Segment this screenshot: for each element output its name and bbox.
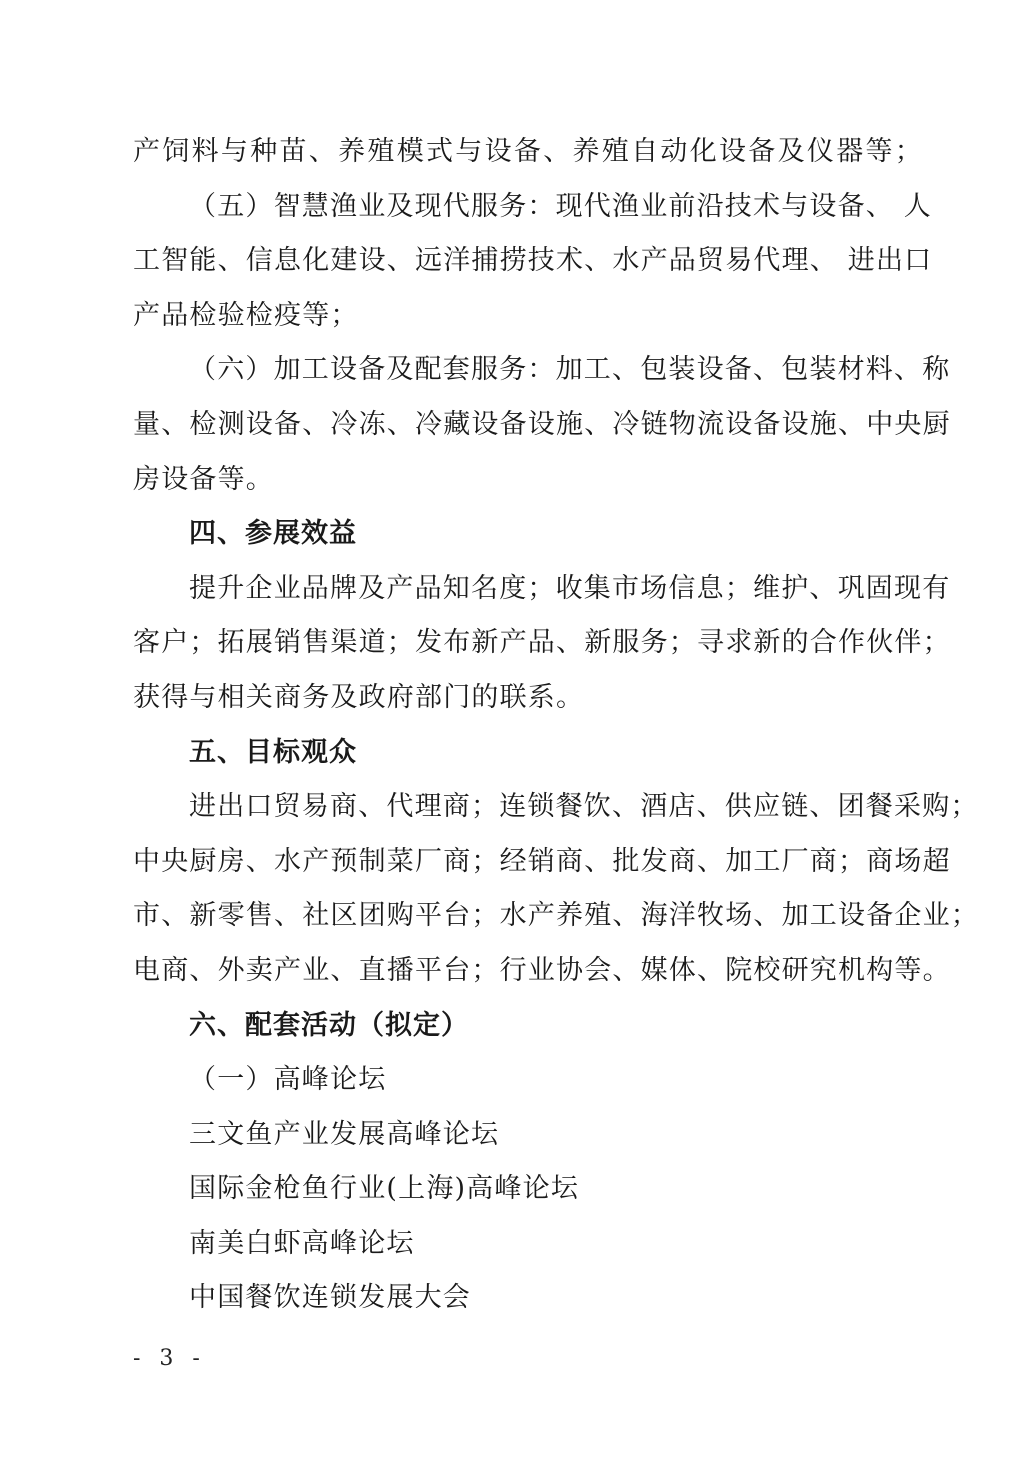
body-line: 量、检测设备、冷冻、冷藏设备设施、冷链物流设备设施、中央厨 bbox=[133, 398, 923, 453]
body-line: 市、新零售、社区团购平台；水产养殖、海洋牧场、加工设备企业； bbox=[133, 889, 923, 944]
body-line: 获得与相关商务及政府部门的联系。 bbox=[133, 671, 923, 726]
forum-item: 南美白虾高峰论坛 bbox=[133, 1217, 923, 1272]
forum-item: 三文鱼产业发展高峰论坛 bbox=[133, 1108, 923, 1163]
body-line: 产品检验检疫等； bbox=[133, 289, 923, 344]
section-heading-audience: 五、目标观众 bbox=[133, 726, 923, 781]
body-line: 中央厨房、水产预制菜厂商；经销商、批发商、加工厂商；商场超 bbox=[133, 835, 923, 890]
page-number: - 3 - bbox=[133, 1346, 206, 1371]
body-line: 进出口贸易商、代理商；连锁餐饮、酒店、供应链、团餐采购； bbox=[133, 780, 923, 835]
forum-item: 中国餐饮连锁发展大会 bbox=[133, 1271, 923, 1326]
body-line: 产饲料与种苗、养殖模式与设备、养殖自动化设备及仪器等； bbox=[133, 125, 923, 180]
forum-item: 国际金枪鱼行业(上海)高峰论坛 bbox=[133, 1162, 923, 1217]
item-five-line: （五）智慧渔业及现代服务：现代渔业前沿技术与设备、 人 bbox=[133, 180, 923, 235]
section-heading-benefits: 四、参展效益 bbox=[133, 507, 923, 562]
body-line: 工智能、信息化建设、远洋捕捞技术、水产品贸易代理、 进出口 bbox=[133, 234, 923, 289]
body-line: 提升企业品牌及产品知名度；收集市场信息；维护、巩固现有 bbox=[133, 562, 923, 617]
body-line: 客户；拓展销售渠道；发布新产品、新服务；寻求新的合作伙伴； bbox=[133, 616, 923, 671]
item-six-line: （六）加工设备及配套服务：加工、包装设备、包装材料、称 bbox=[133, 343, 923, 398]
section-heading-activities: 六、配套活动（拟定） bbox=[133, 999, 923, 1054]
document-page: 产饲料与种苗、养殖模式与设备、养殖自动化设备及仪器等； （五）智慧渔业及现代服务… bbox=[133, 125, 923, 1326]
subheading-summit-forums: （一）高峰论坛 bbox=[133, 1053, 923, 1108]
body-line: 房设备等。 bbox=[133, 453, 923, 508]
body-line: 电商、外卖产业、直播平台；行业协会、媒体、院校研究机构等。 bbox=[133, 944, 923, 999]
